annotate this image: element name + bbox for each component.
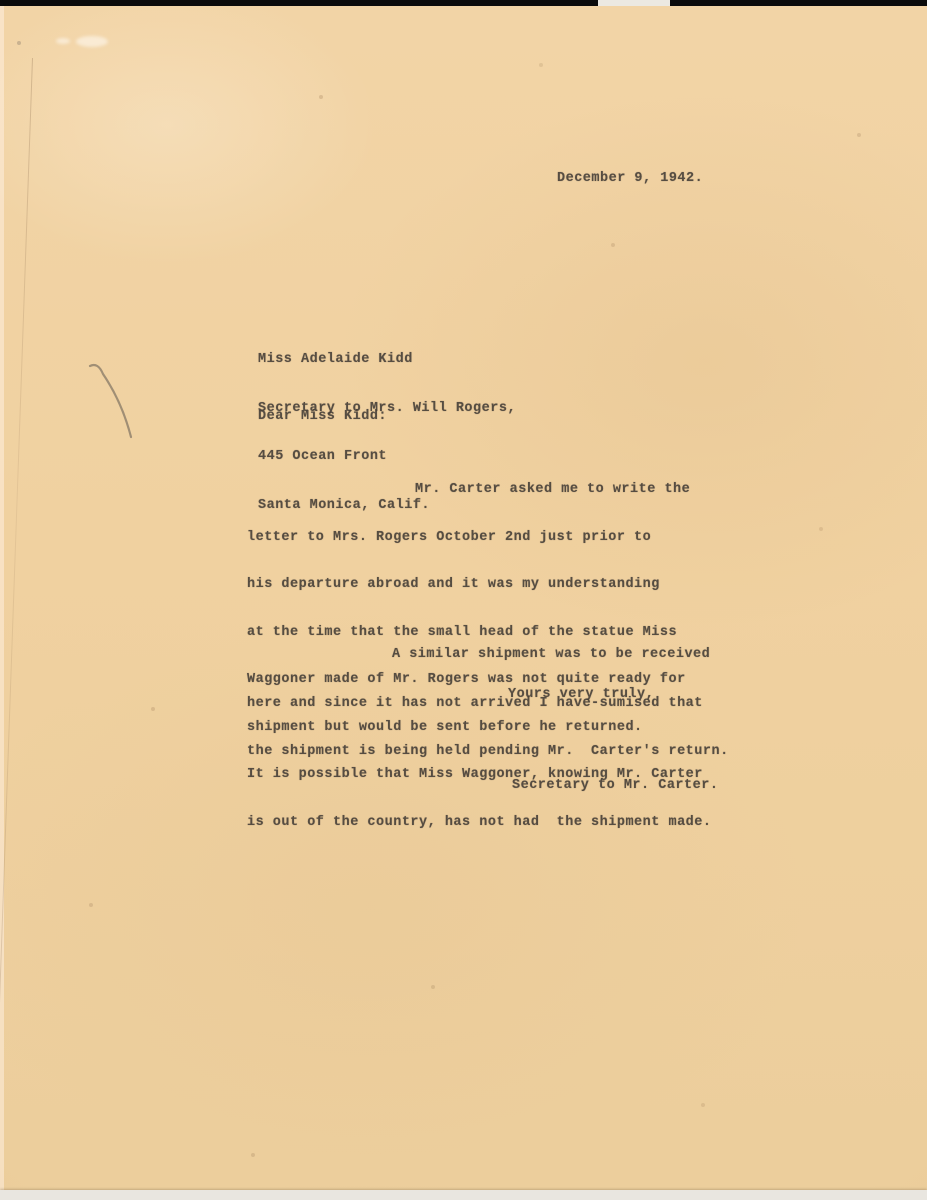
paper-smudge [76, 36, 108, 47]
date-line: December 9, 1942. [557, 171, 703, 186]
body-paragraph-2: A similar shipment was to be received he… [247, 617, 729, 793]
paper-left-edge [0, 6, 4, 1190]
closing-line: Yours very truly, [508, 687, 654, 702]
body-line: A similar shipment was to be received [247, 647, 729, 666]
salutation-line: Dear Miss Kidd: [258, 409, 387, 424]
scanned-letter-page: December 9, 1942. Miss Adelaide Kidd Sec… [0, 0, 927, 1200]
signature-line: Secretary to Mr. Carter. [512, 778, 718, 793]
body-line: the shipment is being held pending Mr. C… [247, 744, 729, 763]
body-line: letter to Mrs. Rogers October 2nd just p… [247, 530, 711, 548]
body-line: here and since it has not arrived I have… [247, 696, 729, 715]
letter-paper: December 9, 1942. Miss Adelaide Kidd Sec… [0, 6, 927, 1190]
paper-smudge [56, 38, 70, 44]
recipient-line: Miss Adelaide Kidd [258, 352, 516, 371]
scan-bottom-edge [0, 1190, 927, 1200]
body-line: his departure abroad and it was my under… [247, 577, 711, 595]
body-line: Mr. Carter asked me to write the [247, 482, 711, 500]
paper-speckles [0, 6, 2, 8]
paper-crease [0, 58, 33, 1192]
pencil-mark [0, 6, 200, 506]
body-line: is out of the country, has not had the s… [247, 815, 711, 833]
